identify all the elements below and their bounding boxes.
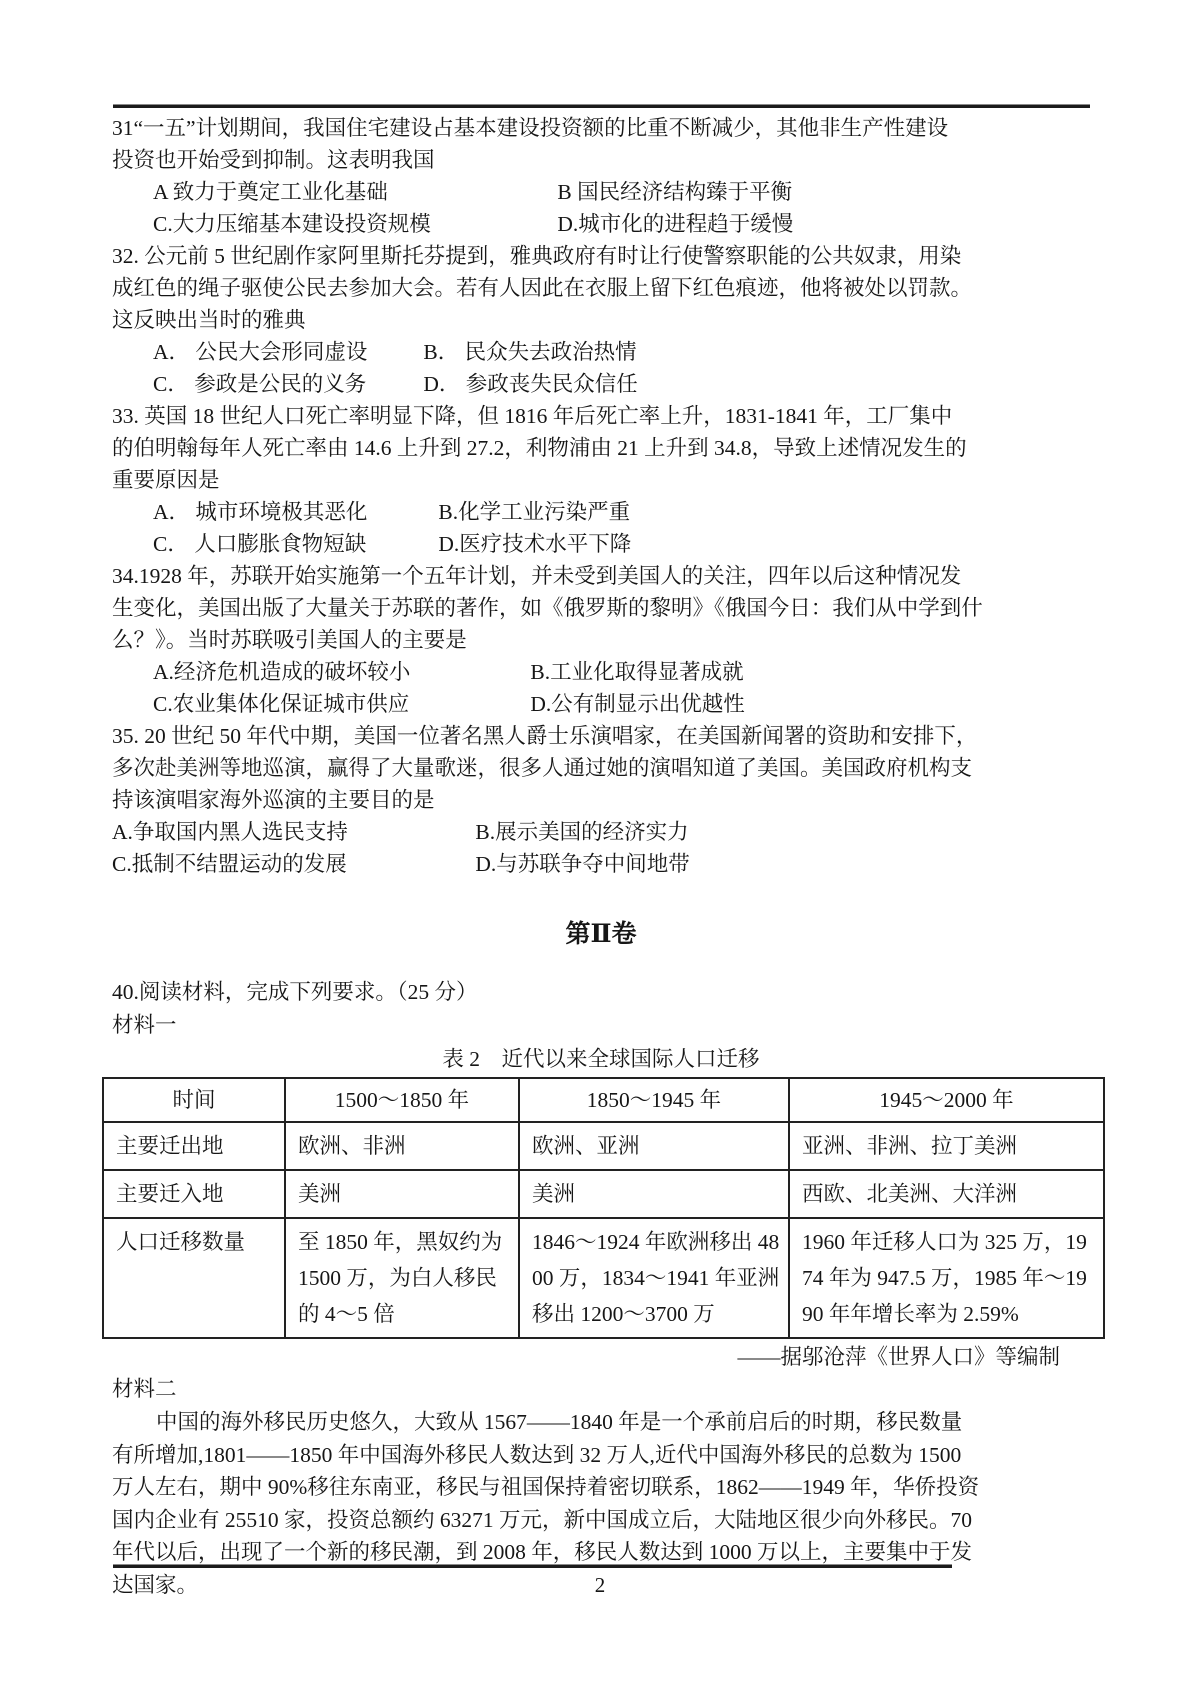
question-35-option-c: C.抵制不结盟运动的发展 [112, 848, 470, 880]
table-cell: 美洲 [285, 1170, 519, 1218]
question-35-options-ab: A.争取国内黑人选民支持 B.展示美国的经济实力 [112, 816, 1090, 848]
question-31-text-line-1: 31“一五”计划期间，我国住宅建设占基本建设投资额的比重不断减少，其他非生产性建… [112, 112, 1090, 144]
table-row-destination: 主要迁入地 美洲 美洲 西欧、北美洲、大洋洲 [103, 1170, 1104, 1218]
question-31: 31“一五”计划期间，我国住宅建设占基本建设投资额的比重不断减少，其他非生产性建… [112, 112, 1090, 240]
question-32-option-d: D． 参政丧失民众信任 [423, 368, 637, 400]
table-row-origin: 主要迁出地 欧洲、非洲 欧洲、亚洲 亚洲、非洲、拉丁美洲 [103, 1122, 1104, 1170]
table-cell: 亚洲、非洲、拉丁美洲 [789, 1122, 1104, 1170]
material-2-line-4: 国内企业有 25510 家，投资总额约 63271 万元，新中国成立后，大陆地区… [112, 1504, 1090, 1537]
question-33-option-a: A． 城市环境极其恶化 [153, 496, 433, 528]
question-32-option-c: C． 参政是公民的义务 [153, 368, 418, 400]
table-cell: 欧洲、亚洲 [519, 1122, 789, 1170]
question-33-option-c: C． 人口膨胀食物短缺 [153, 528, 433, 560]
top-rule [113, 104, 1090, 108]
material-2-line-3: 万人左右，期中 90%移往东南亚，移民与祖国保持着密切联系，1862——1949… [112, 1471, 1090, 1504]
question-34: 34.1928 年，苏联开始实施第一个五年计划，并未受到美国人的关注，四年以后这… [112, 560, 1090, 720]
table-cell: 欧洲、非洲 [285, 1122, 519, 1170]
migration-table: 时间 1500～1850 年 1850～1945 年 1945～2000 年 主… [102, 1077, 1105, 1339]
question-34-option-b: B.工业化取得显著成就 [530, 656, 743, 688]
question-34-text-line-3: 么？》。当时苏联吸引美国人的主要是 [112, 624, 1090, 656]
question-31-option-b: B 国民经济结构臻于平衡 [557, 176, 792, 208]
material-2-line-1: 中国的海外移民历史悠久，大致从 1567——1840 年是一个承前启后的时期，移… [112, 1406, 1090, 1439]
section-2-heading: 第Ⅱ卷 [112, 920, 1090, 950]
question-33-text-line-3: 重要原因是 [112, 464, 1090, 496]
footer-rule [113, 1564, 952, 1568]
table-cell: 1960 年迁移人口为 325 万，1974 年为 947.5 万，1985 年… [789, 1218, 1104, 1338]
table-cell: 1846～1924 年欧洲移出 4800 万，1834～1941 年亚洲移出 1… [519, 1218, 789, 1338]
question-31-options-cd: C.大力压缩基本建设投资规模 D.城市化的进程趋于缓慢 [112, 208, 1090, 240]
table-header-period-1: 1500～1850 年 [285, 1078, 519, 1122]
question-33-text-line-2: 的伯明翰每年人死亡率由 14.6 上升到 27.2，利物浦由 21 上升到 34… [112, 432, 1090, 464]
table-cell: 至 1850 年，黑奴约为 1500 万，为白人移民的 4～5 倍 [285, 1218, 519, 1338]
question-33-text-line-1: 33. 英国 18 世纪人口死亡率明显下降，但 1816 年后死亡率上升，183… [112, 400, 1090, 432]
table-row-origin-label: 主要迁出地 [103, 1122, 285, 1170]
exam-page: 31“一五”计划期间，我国住宅建设占基本建设投资额的比重不断减少，其他非生产性建… [0, 0, 1200, 1698]
question-31-option-c: C.大力压缩基本建设投资规模 [153, 208, 552, 240]
question-35-text-line-1: 35. 20 世纪 50 年代中期，美国一位著名黑人爵士乐演唱家，在美国新闻署的… [112, 720, 1090, 752]
material-2-line-2: 有所增加,1801——1850 年中国海外移民人数达到 32 万人,近代中国海外… [112, 1439, 1090, 1472]
question-32: 32. 公元前 5 世纪剧作家阿里斯托芬提到，雅典政府有时让行使警察职能的公共奴… [112, 240, 1090, 400]
question-32-option-b: B． 民众失去政治热情 [423, 336, 636, 368]
question-34-text-line-2: 生变化，美国出版了大量关于苏联的著作，如《俄罗斯的黎明》《俄国今日：我们从中学到… [112, 592, 1090, 624]
question-35: 35. 20 世纪 50 年代中期，美国一位著名黑人爵士乐演唱家，在美国新闻署的… [112, 720, 1090, 880]
question-35-text-line-3: 持该演唱家海外巡演的主要目的是 [112, 784, 1090, 816]
question-35-option-a: A.争取国内黑人选民支持 [112, 816, 470, 848]
question-32-text-line-3: 这反映出当时的雅典 [112, 304, 1090, 336]
question-33-options-cd: C． 人口膨胀食物短缺 D.医疗技术水平下降 [112, 528, 1090, 560]
material-2-label: 材料二 [112, 1373, 1090, 1406]
question-31-option-d: D.城市化的进程趋于缓慢 [557, 208, 793, 240]
question-34-option-c: C.农业集体化保证城市供应 [153, 688, 525, 720]
question-35-option-b: B.展示美国的经济实力 [475, 816, 688, 848]
question-31-options-ab: A 致力于奠定工业化基础 B 国民经济结构臻于平衡 [112, 176, 1090, 208]
question-34-options-cd: C.农业集体化保证城市供应 D.公有制显示出优越性 [112, 688, 1090, 720]
table-cell: 西欧、北美洲、大洋洲 [789, 1170, 1104, 1218]
question-35-options-cd: C.抵制不结盟运动的发展 D.与苏联争夺中间地带 [112, 848, 1090, 880]
table-header-period-3: 1945～2000 年 [789, 1078, 1104, 1122]
question-33-option-d: D.医疗技术水平下降 [438, 528, 631, 560]
question-33: 33. 英国 18 世纪人口死亡率明显下降，但 1816 年后死亡率上升，183… [112, 400, 1090, 560]
table-source-attribution: ——据邬沧萍《世界人口》等编制 [112, 1341, 1090, 1373]
table-header-time: 时间 [103, 1078, 285, 1122]
table-header-row: 时间 1500～1850 年 1850～1945 年 1945～2000 年 [103, 1078, 1104, 1122]
migration-table-title: 表 2 近代以来全球国际人口迁移 [112, 1044, 1090, 1074]
question-34-option-a: A.经济危机造成的破坏较小 [153, 656, 525, 688]
table-row-quantity-label: 人口迁移数量 [103, 1218, 285, 1338]
question-32-options-ab: A． 公民大会形同虚设 B． 民众失去政治热情 [112, 336, 1090, 368]
page-content: 31“一五”计划期间，我国住宅建设占基本建设投资额的比重不断减少，其他非生产性建… [112, 112, 1090, 1601]
material-1-label: 材料一 [112, 1009, 1090, 1042]
question-34-option-d: D.公有制显示出优越性 [530, 688, 744, 720]
question-31-text-line-2: 投资也开始受到抑制。这表明我国 [112, 144, 1090, 176]
table-cell: 美洲 [519, 1170, 789, 1218]
table-row-quantity: 人口迁移数量 至 1850 年，黑奴约为 1500 万，为白人移民的 4～5 倍… [103, 1218, 1104, 1338]
question-33-option-b: B.化学工业污染严重 [438, 496, 630, 528]
question-32-option-a: A． 公民大会形同虚设 [153, 336, 418, 368]
question-34-text-line-1: 34.1928 年，苏联开始实施第一个五年计划，并未受到美国人的关注，四年以后这… [112, 560, 1090, 592]
question-33-options-ab: A． 城市环境极其恶化 B.化学工业污染严重 [112, 496, 1090, 528]
question-32-options-cd: C． 参政是公民的义务 D． 参政丧失民众信任 [112, 368, 1090, 400]
question-40-intro: 40.阅读材料，完成下列要求。（25 分） [112, 976, 1090, 1009]
table-row-destination-label: 主要迁入地 [103, 1170, 285, 1218]
question-32-text-line-1: 32. 公元前 5 世纪剧作家阿里斯托芬提到，雅典政府有时让行使警察职能的公共奴… [112, 240, 1090, 272]
question-31-option-a: A 致力于奠定工业化基础 [153, 176, 552, 208]
question-32-text-line-2: 成红色的绳子驱使公民去参加大会。若有人因此在衣服上留下红色痕迹，他将被处以罚款。 [112, 272, 1090, 304]
question-35-option-d: D.与苏联争夺中间地带 [475, 848, 689, 880]
table-header-period-2: 1850～1945 年 [519, 1078, 789, 1122]
question-34-options-ab: A.经济危机造成的破坏较小 B.工业化取得显著成就 [112, 656, 1090, 688]
page-number: 2 [0, 1572, 1200, 1598]
question-35-text-line-2: 多次赴美洲等地巡演，赢得了大量歌迷，很多人通过她的演唱知道了美国。美国政府机构支 [112, 752, 1090, 784]
